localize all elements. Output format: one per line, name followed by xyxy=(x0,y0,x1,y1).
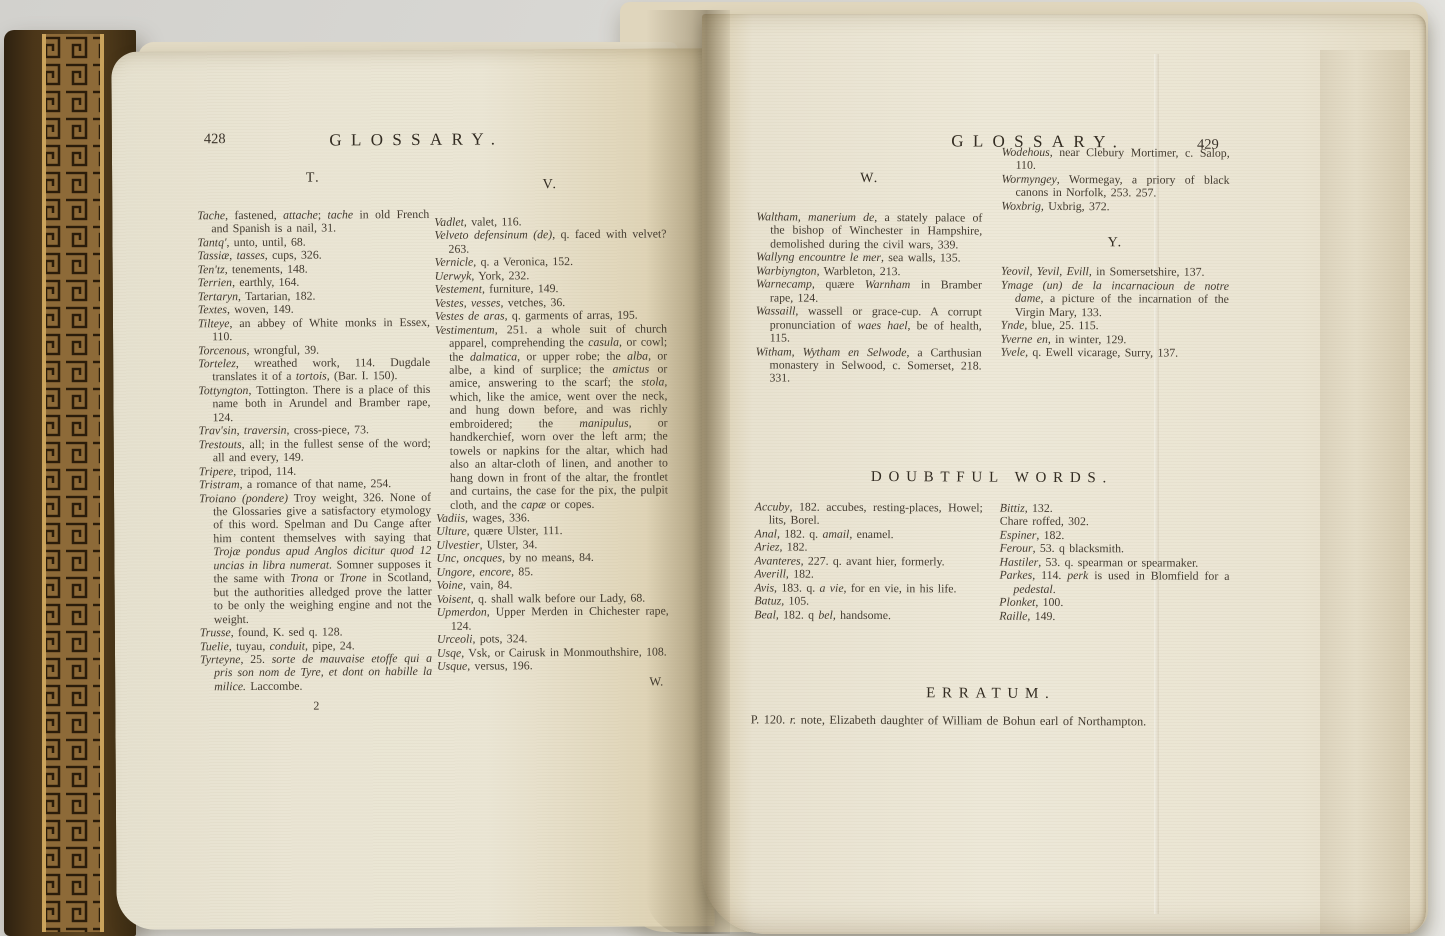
entry-headword: Witham xyxy=(756,344,792,358)
glossary-entry: Witham, Wytham en Selwode, a Carthusian … xyxy=(755,345,981,387)
glossary-entry: Wodehous, near Clebury Mortimer, c. Salo… xyxy=(1002,146,1230,174)
entry-headword: Hastiler xyxy=(1000,554,1039,568)
glossary-column-t: Tache, fastened, attache; tache in old F… xyxy=(197,208,432,715)
entry-headword: Tyrteyne xyxy=(200,652,240,666)
glossary-entry: Trusse, found, K. sed q. 128. xyxy=(200,625,432,640)
entry-headword: Averill xyxy=(754,567,786,581)
entry-headword: Tantq' xyxy=(197,235,226,249)
left-page: 428 GLOSSARY. T. Tache, fastened, attach… xyxy=(111,48,714,930)
signature-mark: 2 xyxy=(200,698,432,714)
entry-list-y: Yeovil, Yevil, Evill, in Somersetshire, … xyxy=(1001,265,1229,360)
glossary-entry: Ulture, quære Ulster, 111. xyxy=(436,524,668,539)
entry-headword: Accuby xyxy=(755,499,790,513)
glossary-entry: Usqe, Vsk, or Cairusk in Monmouthshire, … xyxy=(437,645,669,660)
entry-headword: Ten'tz xyxy=(198,262,225,276)
doubtful-words-heading: DOUBTFUL WORDS. xyxy=(742,468,1242,488)
glossary-entry: Trestouts, all; in the fullest sense of … xyxy=(199,437,431,465)
entry-headword: Waltham xyxy=(756,209,798,223)
glossary-entry: Tottyngton, Tottington. There is a place… xyxy=(198,383,430,425)
entry-list-doubtful-right: Bittiz, 132.Chare roffed, 302.Espiner, 1… xyxy=(999,502,1230,624)
entry-headword: Ungore xyxy=(436,564,472,578)
entry-headword: Tristram xyxy=(199,477,240,491)
entry-headword: Trusse xyxy=(200,625,231,639)
running-head-left: GLOSSARY. xyxy=(187,129,647,152)
glossary-entry: Vestimentum, 251. a whole suit of church… xyxy=(435,322,668,512)
entry-headword: Trestouts xyxy=(199,437,242,451)
doubtful-words-left-column: Accuby, 182. accubes, resting-places, Ho… xyxy=(754,500,983,622)
glossary-entry: Tilteye, an abbey of White monks in Esse… xyxy=(198,316,430,344)
entry-headword: Voisent xyxy=(437,591,471,605)
glossary-entry: Yvele, q. Ewell vicarage, Surry, 137. xyxy=(1001,346,1229,361)
entry-headword: Anal xyxy=(755,526,777,540)
entry-headword: Tilteye xyxy=(198,316,230,330)
glossary-column-v: Vadlet, valet, 116.Velveto defensinum (d… xyxy=(434,214,669,691)
glossary-entry: Tertaryn, Tartarian, 182. xyxy=(198,289,430,304)
glossary-entry: Raille, 149. xyxy=(999,609,1229,624)
glossary-entry: Waltham, manerium de, a stately palace o… xyxy=(756,210,982,252)
right-page-content: GLOSSARY. 429 W. Waltham, manerium de, a… xyxy=(700,12,1429,936)
glossary-entry: Beal, 182. q bel, handsome. xyxy=(754,608,982,623)
entry-headword: Tuelie xyxy=(200,639,229,653)
column-heading-w: W. xyxy=(757,170,983,187)
entry-headword: Vadlet xyxy=(434,215,464,229)
glossary-entry: Vernicle, q. a Veronica, 152. xyxy=(435,255,667,270)
entry-headword: Vestement xyxy=(435,282,482,296)
glossary-entry: Tyrteyne, 25. sorte de mauvaise etoffe q… xyxy=(200,652,432,694)
entry-headword: Yvele xyxy=(1001,345,1026,359)
glossary-entry: Woxbrig, Uxbrig, 372. xyxy=(1001,199,1229,214)
greek-key-pattern xyxy=(36,34,112,932)
glossary-entry: Warnecamp, quære Warnham in Bramber rape… xyxy=(756,278,982,306)
entry-headword: Parkes xyxy=(999,568,1032,582)
glossary-entry: Wassaill, wassell or grace-cup. A corrup… xyxy=(756,305,982,347)
entry-headword: Ulvestier xyxy=(436,537,479,551)
entry-headword: Woxbrig xyxy=(1001,198,1041,212)
entry-headword: Trav'sin xyxy=(199,423,237,437)
entry-list-v: Vadlet, valet, 116.Velveto defensinum (d… xyxy=(434,214,669,673)
entry-headword: Ynde xyxy=(1001,318,1025,332)
entry-headword: Velveto defensinum (de) xyxy=(434,228,552,243)
entry-headword: Troiano xyxy=(199,491,236,505)
glossary-entry: Tache, fastened, attache; tache in old F… xyxy=(197,208,429,236)
glossary-entry: Accuby, 182. accubes, resting-places, Ho… xyxy=(755,500,983,528)
column-heading-t: T. xyxy=(197,170,429,187)
entry-headword: Avanteres xyxy=(755,553,801,567)
glossary-entry: Ungore, encore, 85. xyxy=(436,564,668,579)
entry-headword: Vestes xyxy=(435,295,464,309)
glossary-entry: Tassiæ, tasses, cups, 326. xyxy=(198,248,430,263)
entry-headword: Ymage (un) xyxy=(1001,277,1062,291)
entry-headword: Usque xyxy=(437,659,467,673)
entry-headword: Ulture xyxy=(436,524,466,538)
entry-headword: Warnecamp xyxy=(756,277,812,291)
entry-headword: Wormyngey xyxy=(1002,172,1057,186)
glossary-column-w: Waltham, manerium de, a stately palace o… xyxy=(755,210,982,386)
entry-headword: Espiner xyxy=(1000,528,1037,542)
glossary-entry: Parkes, 114. perk is used in Blomfield f… xyxy=(999,569,1229,597)
entry-headword: Tache xyxy=(197,208,225,222)
column-heading-y: Y. xyxy=(1001,235,1229,252)
entry-headword: Avis xyxy=(754,580,774,594)
entry-headword: Unc xyxy=(436,551,456,565)
glossary-entry: Troiano (pondere) Troy weight, 326. None… xyxy=(199,490,432,626)
glossary-entry: Upmerdon, Upper Merden in Chichester rap… xyxy=(437,605,669,633)
right-page: GLOSSARY. 429 W. Waltham, manerium de, a… xyxy=(702,14,1426,934)
entry-headword: Wallyng xyxy=(756,250,794,264)
entry-headword: Warbiyngton xyxy=(756,263,817,277)
glossary-entry: Velveto defensinum (de), q. faced with v… xyxy=(434,228,666,256)
entry-headword: Uerwyk xyxy=(435,268,472,282)
entry-headword: Ferour xyxy=(1000,541,1033,555)
entry-headword: Yeovil xyxy=(1001,264,1029,278)
entry-headword: Beal xyxy=(754,607,776,621)
erratum-heading: ERRATUM. xyxy=(741,684,1241,704)
entry-headword: Batuz xyxy=(754,594,781,608)
entry-headword: Vadiis xyxy=(436,511,465,525)
entry-headword: Tertaryn xyxy=(198,289,238,303)
catchword: W. xyxy=(437,675,669,691)
entry-headword: Plonket xyxy=(999,595,1035,609)
entry-list-w: Waltham, manerium de, a stately palace o… xyxy=(755,210,982,386)
glossary-entry: Usque, versus, 196. xyxy=(437,658,669,673)
glossary-entry: Unc, oncques, by no means, 84. xyxy=(436,551,668,566)
glossary-entry: Wormyngey, Wormegay, a priory of black c… xyxy=(1001,173,1229,201)
entry-headword: Torcenous xyxy=(198,343,246,357)
entry-headword: Upmerdon xyxy=(437,605,487,619)
entry-headword: Yverne en xyxy=(1001,331,1048,345)
entry-headword: Vestimentum xyxy=(435,322,495,336)
entry-headword: Wassaill xyxy=(756,304,796,318)
glossary-entry: Ymage (un) de la incarnacioun de notre d… xyxy=(1001,278,1229,320)
entry-headword: Bittiz xyxy=(1000,501,1025,515)
entry-headword: Wodehous xyxy=(1002,145,1050,159)
erratum-text: P. 120. r. note, Elizabeth daughter of W… xyxy=(751,712,1285,730)
entry-list-t: Tache, fastened, attache; tache in old F… xyxy=(197,208,432,694)
column-heading-v: V. xyxy=(434,176,666,193)
entry-headword: Raille xyxy=(999,608,1027,622)
entry-headword: Tassiæ xyxy=(198,248,230,262)
entry-headword: Ariez xyxy=(755,540,780,554)
entry-list-doubtful-left: Accuby, 182. accubes, resting-places, Ho… xyxy=(754,500,983,622)
entry-headword: Terrien xyxy=(198,275,232,289)
entry-headword: Voine xyxy=(437,578,463,592)
entry-headword: Usqe xyxy=(437,645,461,659)
entry-list-w-continued: Wodehous, near Clebury Mortimer, c. Salo… xyxy=(1001,146,1229,214)
doubtful-words-right-column: Bittiz, 132.Chare roffed, 302.Espiner, 1… xyxy=(999,502,1230,624)
glossary-entry: Ten'tz, tenements, 148. xyxy=(198,262,430,277)
entry-headword: Tortelez xyxy=(198,356,236,370)
entry-headword: Tripere xyxy=(199,464,233,478)
entry-headword: Textes xyxy=(198,302,227,316)
entry-headword: Tottyngton xyxy=(198,383,248,397)
entry-headword: Vernicle xyxy=(435,255,474,269)
photo-of-open-book: { "left_page": { "page_number": "428", "… xyxy=(0,0,1445,936)
glossary-column-w-continued: Wodehous, near Clebury Mortimer, c. Salo… xyxy=(1001,146,1230,361)
entry-headword: Vestes de aras xyxy=(435,309,505,323)
glossary-entry: Tortelez, wreathed work, 114. Dugdale tr… xyxy=(198,356,430,384)
entry-headword: Urceoli xyxy=(437,632,473,646)
